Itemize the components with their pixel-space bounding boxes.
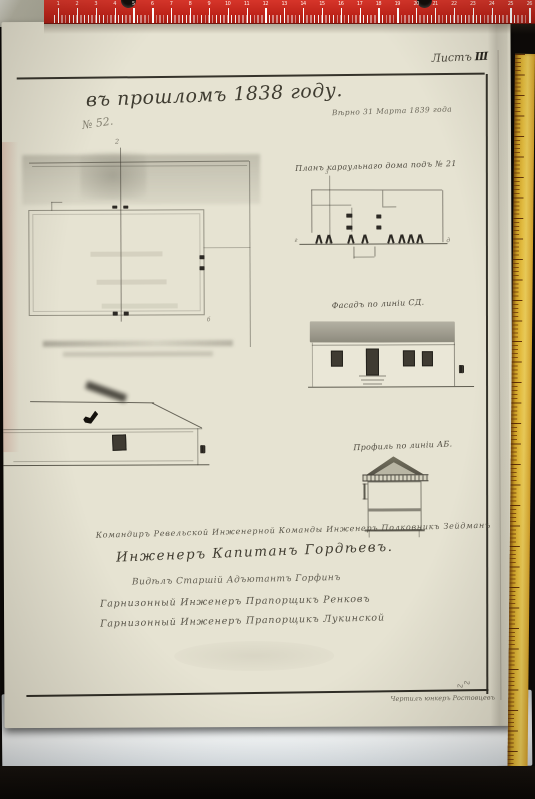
ruler-tick — [228, 8, 229, 23]
ruler-number: 20 — [413, 1, 418, 7]
small-plan-title: Планъ караульнаго дома подъ № 21 — [295, 159, 457, 173]
ruler-tick — [454, 8, 455, 23]
ruler-number: 8 — [189, 1, 192, 7]
sp-door-bracket — [376, 214, 381, 218]
paper-stain — [174, 641, 334, 672]
ruler-number: 9 — [207, 1, 210, 7]
ruler-number: 7 — [170, 1, 173, 7]
facade-door — [366, 348, 379, 375]
ruler-number: 25 — [508, 1, 513, 7]
plan-door-mark — [112, 205, 117, 209]
ruler-number: 17 — [357, 1, 362, 7]
sheet-word: Листъ — [431, 50, 472, 65]
ruler-number: 6 — [151, 1, 154, 7]
ruler-tick — [190, 8, 191, 23]
plan-faint-bar — [102, 303, 178, 308]
ruler-number: 18 — [376, 1, 381, 7]
ruler-tick — [397, 8, 398, 23]
facade-ground-line — [308, 386, 474, 388]
ruler-tick — [247, 8, 248, 23]
ruler-tick — [77, 8, 78, 23]
ruler-number: 5 — [132, 1, 135, 7]
signature-line: Инженеръ Капитанъ Гордѣевъ. — [116, 539, 394, 566]
plan-notch-h — [51, 202, 62, 203]
ruler-number: 22 — [451, 1, 456, 7]
ruler-tick — [58, 8, 59, 23]
sp-stub — [374, 246, 375, 256]
eave-line2 — [3, 431, 193, 433]
sp-small-room — [382, 190, 396, 207]
ruler-number: 2 — [76, 1, 79, 7]
ruler-tick — [284, 8, 285, 23]
ruler-number: 3 — [94, 1, 97, 7]
facade-step — [363, 383, 382, 384]
large-site-plan: 2 б — [2, 151, 263, 387]
figure-legs — [200, 445, 204, 453]
plan-faint-bar — [97, 279, 167, 284]
ruler-tick — [133, 8, 134, 23]
ruler-tick — [341, 8, 342, 23]
sp-opening-mark — [361, 235, 368, 244]
sp-stub-h — [353, 256, 374, 257]
ruler-number: 24 — [489, 1, 494, 7]
ruler-tick — [435, 8, 436, 23]
ruler-tick — [529, 8, 530, 23]
sp-inner-h — [312, 205, 351, 206]
ruler-number: 12 — [263, 1, 268, 7]
sp-opening-mark — [398, 234, 405, 243]
figure-legs — [459, 365, 463, 373]
ruler-number: 13 — [282, 1, 287, 7]
window — [112, 434, 127, 451]
date-note: Вѣрно 31 Марта 1839 года — [332, 105, 452, 118]
ruler-tick — [360, 8, 361, 23]
ruler-tick — [492, 8, 493, 23]
plan-faint-bar — [90, 251, 162, 256]
ruler-tick — [96, 8, 97, 23]
roof-slope-line — [152, 402, 203, 428]
facade-title: Фасадъ по линіи СД. — [332, 298, 425, 311]
plan-door-mark — [200, 266, 205, 270]
roof-ridge-line — [30, 401, 154, 403]
ruler-tick — [115, 8, 116, 23]
plan-door-mark — [124, 312, 129, 316]
sp-door-bracket — [346, 226, 352, 230]
dark-table-edge — [0, 766, 535, 799]
ruler-number: 26 — [527, 1, 532, 7]
ruler-tick — [510, 8, 511, 23]
plinth-line — [13, 460, 193, 462]
profile-bracket-tick — [363, 499, 368, 500]
ruler-tick — [473, 8, 474, 23]
drafter-note: Чертилъ юнкеръ Ростовцевъ — [390, 694, 495, 703]
plan-door-mark — [123, 205, 128, 209]
sp-opening-mark — [416, 234, 423, 243]
plan-door-mark — [113, 312, 118, 316]
facade-window — [331, 351, 343, 367]
sp-opening-mark — [387, 234, 394, 243]
ruler-tick — [322, 8, 323, 23]
plan-notch-v — [51, 202, 52, 211]
yellow-ruler — [507, 54, 535, 799]
signature-line: Гарнизонный Инженеръ Прапорщикъ Ренковъ — [100, 594, 370, 610]
plan-door-mark — [199, 255, 204, 259]
sp-door-bracket — [346, 214, 352, 218]
ruler-number: 21 — [432, 1, 437, 7]
red-ruler: 1234567891011121314151617181920212223242… — [44, 0, 535, 24]
plan-mark-corner: б — [207, 316, 211, 323]
facade-roof-band — [310, 321, 455, 342]
sheet-number-label: ЛистъIII — [431, 50, 472, 65]
signature-line: Гарнизонный Инженеръ Прапорщикъ Лукинско… — [100, 612, 385, 629]
sp-opening-mark — [325, 235, 332, 244]
facade-step — [361, 379, 384, 380]
small-floor-plan: 3 г д — [295, 178, 460, 279]
eave-line — [3, 428, 202, 430]
sp-mark-top: 3 — [325, 170, 329, 176]
ruler-number: 1 — [57, 1, 60, 7]
wall-corner-line — [197, 428, 198, 465]
plan-inner-rectangle2 — [32, 213, 200, 312]
ruler-number: 15 — [319, 1, 324, 7]
sheet-numeral: III — [475, 50, 488, 63]
chimney-mark — [83, 411, 98, 424]
ground-line — [3, 464, 209, 466]
profile-section — [355, 452, 440, 552]
profile-title: Профиль по линіи АБ. — [353, 439, 452, 452]
ruler-major-ticks: 1234567891011121314151617181920212223242… — [44, 0, 535, 23]
facade-step — [359, 375, 386, 377]
ruler-shadow — [44, 24, 535, 34]
document-sheet: ЛистъIII въ прошломъ 1838 году. № 52. Вѣ… — [1, 20, 513, 728]
profile-left-bracket — [363, 484, 365, 500]
sp-opening-mark — [347, 235, 354, 244]
ruler-tick — [303, 8, 304, 23]
ruler-number: 19 — [395, 1, 400, 7]
sp-left-line — [311, 190, 312, 233]
ruler-number: 10 — [225, 1, 230, 7]
ruler-number: 16 — [338, 1, 343, 7]
ruler-tick — [378, 8, 379, 23]
ruler-number: 11 — [244, 1, 249, 7]
sp-door-bracket — [376, 225, 381, 229]
ruler-tick — [152, 8, 153, 23]
ruler-number: 4 — [113, 1, 116, 7]
sp-mark-right: д — [446, 237, 450, 244]
sp-opening-mark — [315, 235, 322, 244]
document-number: № 52. — [81, 115, 114, 132]
signature-line: Видѣлъ Старшій Адъютантъ Горфинъ — [132, 573, 341, 588]
sp-mark-left: г — [294, 237, 297, 244]
plan-bottom-smudge — [43, 340, 233, 347]
facade-window — [403, 350, 415, 366]
profile-floor-band — [369, 508, 421, 511]
sp-opening-mark — [407, 234, 414, 243]
ruler-tick — [209, 8, 210, 23]
sheet-border-top — [17, 73, 485, 79]
ruler-tick — [171, 8, 172, 23]
plan-mark-top: 2 — [115, 138, 119, 146]
main-title: въ прошломъ 1838 году. — [85, 79, 343, 111]
sp-right-line — [442, 190, 443, 242]
photo-scene: ЛистъIII въ прошломъ 1838 году. № 52. Вѣ… — [0, 0, 535, 799]
plan-tie-line — [203, 247, 250, 248]
profile-bracket-tick — [362, 484, 367, 485]
facade-window — [422, 351, 433, 366]
ruler-number: 14 — [300, 1, 305, 7]
ruler-tick — [265, 8, 266, 23]
sp-top-line — [311, 189, 442, 190]
plan-wash-blot — [80, 151, 146, 199]
left-elevation — [3, 386, 218, 497]
facade-elevation — [308, 320, 478, 416]
ruler-tick — [416, 8, 417, 23]
plan-bottom-smudge2 — [63, 351, 213, 357]
ruler-number: 23 — [470, 1, 475, 7]
